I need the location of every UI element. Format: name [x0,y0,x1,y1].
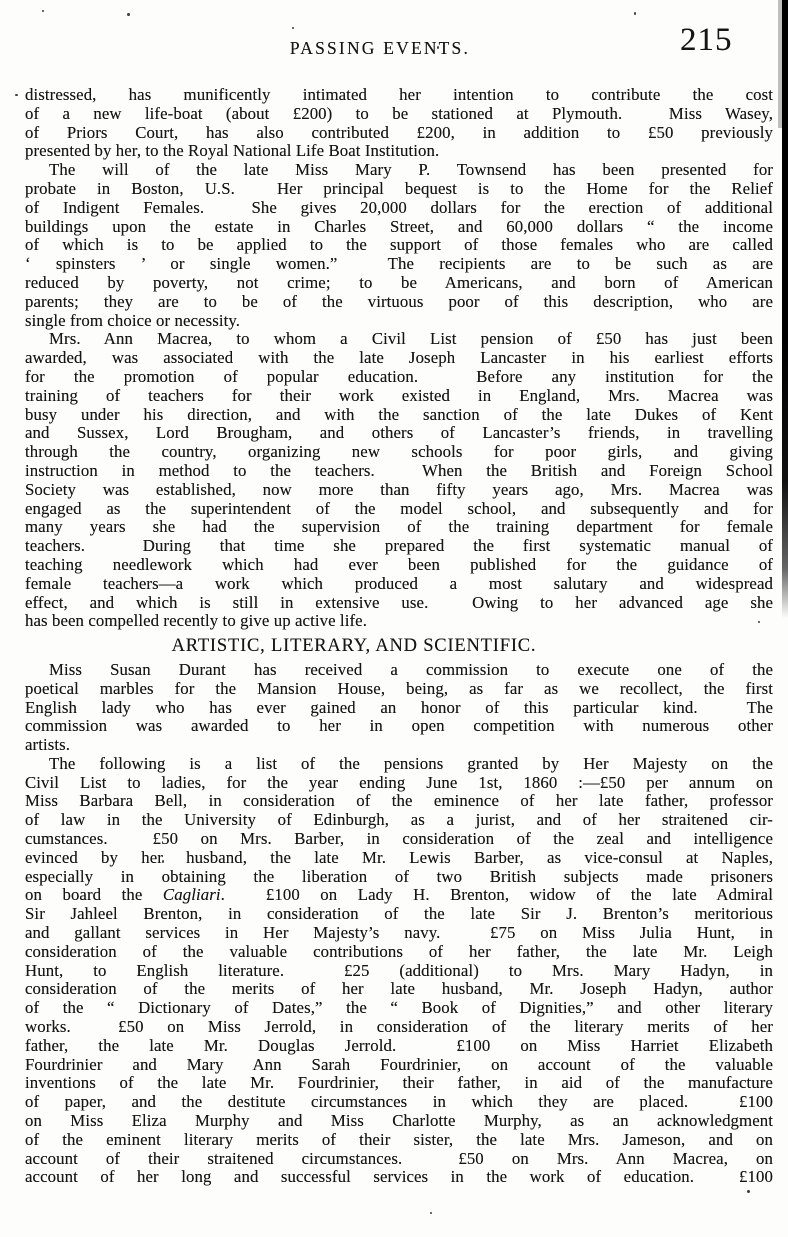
text-line: Fourdrinier and Mary Ann Sarah Fourdrini… [25,1056,773,1075]
text-line: Sir Jahleel Brenton, in consideration of… [25,905,773,924]
running-head: PASSING EVENTS. [6,38,754,59]
text-line: consideration of the valuable contributi… [25,943,773,962]
text-line: reduced by poverty, not crime; to be Ame… [25,274,773,293]
text-line: of Priors Court, has also contributed £2… [25,124,773,143]
text-line: Miss Barbara Bell, in consideration of t… [25,792,773,811]
text-line: training of teachers for their work exis… [25,387,773,406]
text-line: and Sussex, Lord Brougham, and others of… [25,424,773,443]
text-line: father, the late Mr. Douglas Jerrold. £1… [25,1037,773,1056]
ink-speckle [430,1212,432,1214]
text-line: of which is to be applied to the support… [25,236,773,255]
text-line: probate in Boston, U.S. Her principal be… [25,180,773,199]
ink-speckle [162,860,164,863]
text-line: distressed, has munificently intimated h… [25,86,773,105]
section-heading: ARTISTIC, LITERARY, AND SCIENTIFIC. [0,637,728,656]
text-line: and gallant services in Her Majesty’s na… [25,924,773,943]
text-line: evinced by her husband, the late Mr. Lew… [25,849,773,868]
scan-edge-artifact [782,0,788,618]
text-line: ‘ spinsters ’ or single women.” The reci… [25,255,773,274]
text-line: The will of the late Miss Mary P. Townse… [25,161,773,180]
ink-speckle [634,12,636,15]
text-line: effect, and which is still in extensive … [25,594,773,613]
text-line: instruction in method to the teachers. W… [25,462,773,481]
text-line: of the eminent literary merits of their … [25,1131,773,1150]
ink-speckle [292,27,294,29]
text-line: has been compelled recently to give up a… [25,612,773,631]
text-line: many years she had the supervision of th… [25,518,773,537]
text-line: awarded, was associated with the late Jo… [25,349,773,368]
text-line: Society was established, now more than f… [25,481,773,500]
ink-speckle [127,13,130,16]
text-line: of paper, and the destitute circumstance… [25,1093,773,1112]
text-line: works. £50 on Miss Jerrold, in considera… [25,1018,773,1037]
running-head-title: PASSING EVENTS. [290,38,470,58]
text-line: artists. [25,736,773,755]
text-block: distressed, has munificently intimated h… [25,86,773,1187]
text-line: of a new life-boat (about £200) to be st… [25,105,773,124]
scan-edge-halo [778,0,782,128]
text-line: single from choice or necessity. [25,312,773,331]
text-line: for the promotion of popular education. … [25,368,773,387]
text-line: account of their straitened circumstance… [25,1150,773,1169]
text-line: Mrs. Ann Macrea, to whom a Civil List pe… [25,330,773,349]
document-page: PASSING EVENTS. 215 distressed, has muni… [0,0,788,1237]
text-line: Hunt, to English literature. £25 (additi… [25,962,773,981]
text-line: of the “ Dictionary of Dates,” the “ Boo… [25,999,773,1018]
ink-speckle [752,836,755,838]
ink-speckle [758,621,760,623]
text-line: especially in obtaining the liberation o… [25,868,773,887]
text-line: cumstances. £50 on Mrs. Barber, in consi… [25,830,773,849]
text-line: Civil List to ladies, for the year endin… [25,774,773,793]
text-line: of Indigent Females. She gives 20,000 do… [25,199,773,218]
text-line: female teachers—a work which produced a … [25,575,773,594]
text-line: consideration of the merits of her late … [25,980,773,999]
text-line: English lady who has ever gained an hono… [25,699,773,718]
text-line: on Miss Eliza Murphy and Miss Charlotte … [25,1112,773,1131]
text-line: on board the Cagliari. £100 on Lady H. B… [25,886,773,905]
text-line: The following is a list of the pensions … [25,755,773,774]
text-line: Miss Susan Durant has received a commiss… [25,661,773,680]
page-number: 215 [680,22,740,59]
ink-speckle [749,207,751,209]
ink-speckle [747,1190,750,1193]
text-line: busy under his direction, and with the s… [25,406,773,425]
text-line: engaged as the superintendent of the mod… [25,500,773,519]
text-line: commission was awarded to her in open co… [25,717,773,736]
text-line: parents; they are to be of the virtuous … [25,293,773,312]
text-line: presented by her, to the Royal National … [25,142,773,161]
text-line: account of her long and successful servi… [25,1168,773,1187]
text-line: teaching needlework which had ever been … [25,556,773,575]
text-line: through the country, organizing new scho… [25,443,773,462]
text-line: of law in the University of Edinburgh, a… [25,811,773,830]
text-line: inventions of the late Mr. Fourdrinier, … [25,1074,773,1093]
ink-speckle [437,46,439,49]
text-line: teachers. During that time she prepared … [25,537,773,556]
ink-speckle [15,94,18,96]
text-line: buildings upon the estate in Charles Str… [25,218,773,237]
ink-speckle [42,10,44,12]
text-line: poetical marbles for the Mansion House, … [25,680,773,699]
